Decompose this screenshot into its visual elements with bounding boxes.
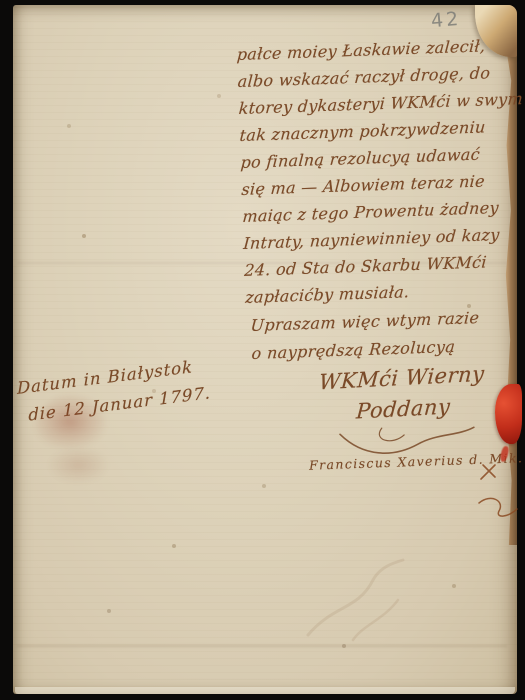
wax-seal (495, 384, 522, 444)
folio-number: 42 (430, 8, 462, 33)
manuscript-page: 42 pałce moiey Łaskawie zalecił, albo ws… (13, 5, 517, 694)
ink-bleedthrough (298, 555, 408, 645)
paper-bottom-edge (15, 687, 515, 694)
paper-crease (17, 645, 507, 647)
ink-flourish (465, 457, 520, 527)
letter-body: pałce moiey Łaskawie zalecił, albo wskaz… (236, 31, 525, 311)
letter-closing: WKMći Wierny Poddany (313, 358, 491, 429)
paper-specks (13, 5, 15, 7)
ink-stain (31, 393, 117, 489)
letter-request: Upraszam więc wtym razie o nayprędszą Re… (250, 304, 481, 368)
photograph-background: 42 pałce moiey Łaskawie zalecił, albo ws… (0, 0, 525, 700)
